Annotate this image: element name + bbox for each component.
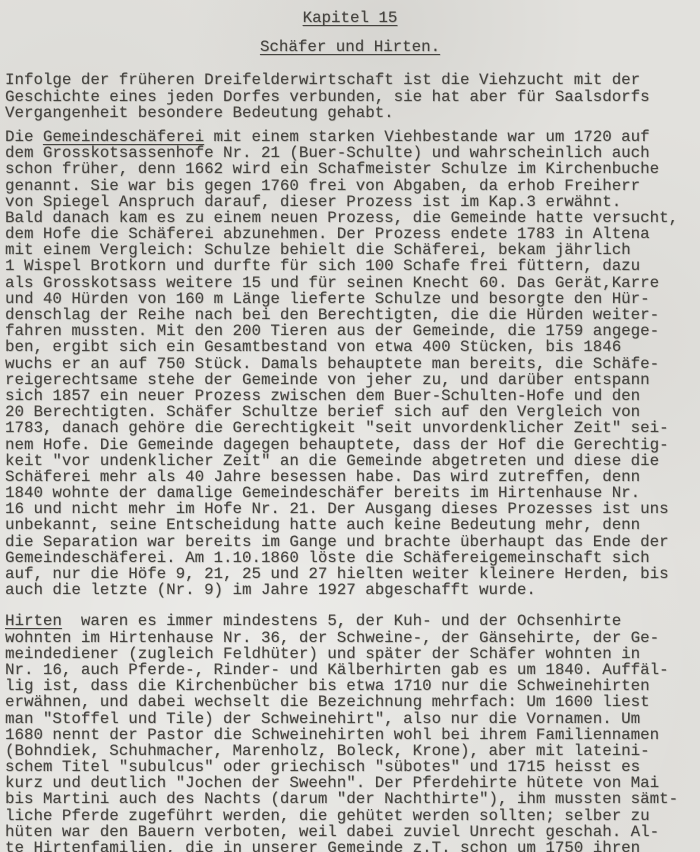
text-line: liche Pferde zugeführt werden, die gehüt… xyxy=(5,808,700,824)
text-line: dem Hofe die Schäferei abzunehmen. Der P… xyxy=(5,226,700,242)
text-line: Vergangenheit besondere Bedeutung gehabt… xyxy=(5,105,700,121)
text-line: bis Martini auch des Nachts (darum "der … xyxy=(5,791,700,807)
text-line: als Grosskotsass weitere 15 und für sein… xyxy=(5,275,700,291)
text-line: 1840 wohnte der damalige Gemeindeschäfer… xyxy=(5,485,700,501)
text-line: te Hirtenfamilien, die in unserer Gemein… xyxy=(5,840,700,852)
text-line: erwähnen, und dabei wechselt die Bezeich… xyxy=(5,694,700,710)
text-line: 20 Berechtigten. Schäfer Schultze berief… xyxy=(5,404,700,420)
text-line: genannt. Sie war bis gegen 1760 frei von… xyxy=(5,178,700,194)
chapter-title: Kapitel 15 xyxy=(5,10,695,26)
text-line: meindediener (zugleich Feldhüter) und sp… xyxy=(5,646,700,662)
text-line: nem Hofe. Die Gemeinde dagegen behauptet… xyxy=(5,437,700,453)
text-line: schon früher, denn 1662 wird ein Schafme… xyxy=(5,161,700,177)
text-line: keit "vor undenklicher Zeit" an die Geme… xyxy=(5,453,700,469)
text-line: ben, ergibt sich ein Gesamtbestand von e… xyxy=(5,339,700,355)
paragraph-1: Infolge der früheren Dreifelderwirtschaf… xyxy=(5,72,700,121)
text-line: lig ist, dass die Kirchenbücher bis etwa… xyxy=(5,678,700,694)
text-line: hüten war den Bauern verboten, weil dabe… xyxy=(5,824,700,840)
text-line: Nr. 16, auch Pferde-, Rinder- und Kälber… xyxy=(5,662,700,678)
text-line: auch die letzte (Nr. 9) im Jahre 1927 ab… xyxy=(5,582,700,598)
text-line: von Spiegel Anspruch darauf, dieser Proz… xyxy=(5,194,700,210)
text-line: schem Titel "subulcus" oder griechisch "… xyxy=(5,759,700,775)
underlined-word: Hirten xyxy=(5,612,62,630)
text-line: Die Gemeindeschäferei mit einem starken … xyxy=(5,129,700,145)
text-line: Infolge der früheren Dreifelderwirtschaf… xyxy=(5,72,700,88)
text-line: 1783, danach gehöre die Gerechtigkeit "s… xyxy=(5,420,700,436)
text-line: Gemeindeschäferei. Am 1.10.1860 löste di… xyxy=(5,550,700,566)
paragraph-2: Die Gemeindeschäferei mit einem starken … xyxy=(5,129,700,598)
text-line: die Separation war bereits im Gange und … xyxy=(5,534,700,550)
text-line: Bald danach kam es zu einem neuen Prozes… xyxy=(5,210,700,226)
text-line: man "Stoffel und Tile) der Schweinehirt"… xyxy=(5,711,700,727)
text-line: wohnten im Hirtenhause Nr. 36, der Schwe… xyxy=(5,630,700,646)
text-line: wuchs er an auf 750 Stück. Damals behaup… xyxy=(5,356,700,372)
document-page: Kapitel 15 Schäfer und Hirten. Infolge d… xyxy=(0,0,700,852)
text-line: fahren mussten. Mit den 200 Tieren aus d… xyxy=(5,323,700,339)
text-line: denschlag der Reihe nach bei den Berecht… xyxy=(5,307,700,323)
text-line: 1680 nennt der Pastor die Schweinehirten… xyxy=(5,727,700,743)
text-line: und 40 Hürden von 160 m Länge lieferte S… xyxy=(5,291,700,307)
text-line: sich 1857 ein neuer Prozess zwischen dem… xyxy=(5,388,700,404)
text-line: Schäferei mehr als 40 Jahre besessen hab… xyxy=(5,469,700,485)
text-line: unbekannt, seine Entscheidung hatte auch… xyxy=(5,517,700,533)
body-text: Infolge der früheren Dreifelderwirtschaf… xyxy=(5,72,700,852)
text-line: 1 Wispel Brotkorn und durfte für sich 10… xyxy=(5,258,700,274)
text-line: Hirten waren es immer mindestens 5, der … xyxy=(5,613,700,629)
text-line: reigerechtsame stehe der Gemeinde von je… xyxy=(5,372,700,388)
text-line: (Bohndiek, Schuhmacher, Marenholz, Bolec… xyxy=(5,743,700,759)
paragraph-3: Hirten waren es immer mindestens 5, der … xyxy=(5,613,700,852)
text-line: auf, nur die Höfe 9, 21, 25 und 27 hielt… xyxy=(5,566,700,582)
text-line: Geschichte eines jeden Dorfes verbunden,… xyxy=(5,89,700,105)
section-title: Schäfer und Hirten. xyxy=(5,39,695,55)
text-line: dem Grosskotsassenhofe Nr. 21 (Buer-Schu… xyxy=(5,145,700,161)
